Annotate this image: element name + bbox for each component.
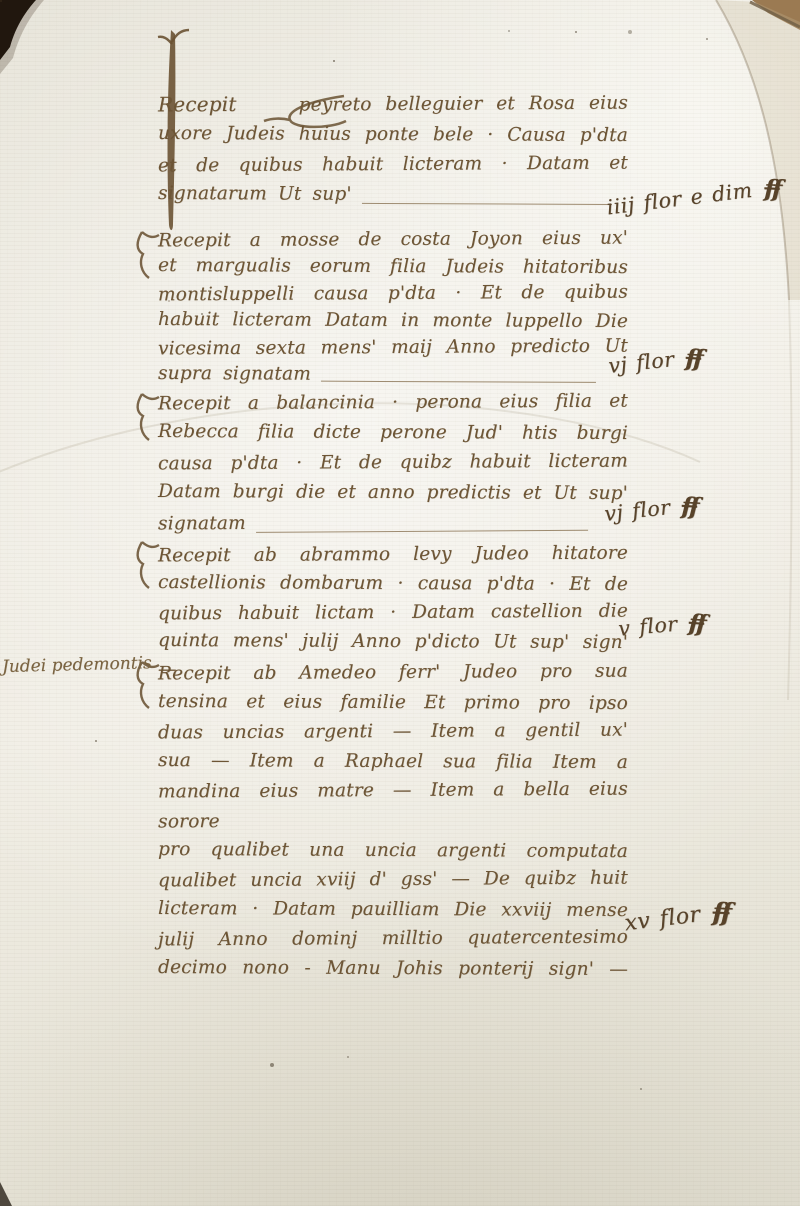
ledger-entry-5: Recepit ab Amedeo ferr' Judeo pro sua te…	[158, 658, 628, 984]
manuscript-line: Recepit ab Amedeo ferr' Judeo pro sua	[158, 657, 628, 689]
line-filler-rule	[321, 381, 596, 383]
manuscript-line: et margualis eorum filia Judeis hitatori…	[158, 252, 628, 281]
manuscript-line: signatam	[158, 507, 628, 540]
paraph-mark: ff	[709, 896, 730, 927]
manuscript-page: Recepit peyreto belleguier et Rosa eius …	[0, 0, 800, 1206]
margin-note: Judei pedemontis	[2, 653, 162, 677]
manuscript-line-text: signatam	[158, 509, 246, 540]
paraph-mark: ff	[761, 174, 780, 203]
entry-paraph	[138, 394, 159, 440]
entry-paraph	[138, 542, 159, 588]
amount-marginal: iiij flor e dim ff	[605, 172, 781, 221]
manuscript-line: duas uncias argenti — Item a gentil ux'	[158, 716, 628, 748]
corner-shadow-bottom	[0, 1182, 12, 1206]
amount-text: vj flor	[607, 347, 675, 378]
manuscript-line: habuit licteram Datam in monte luppello …	[158, 306, 628, 335]
manuscript-line: mandina eius matre — Item a bella eius s…	[158, 775, 628, 837]
amount-marginal: xv flor ff	[623, 894, 731, 937]
paraph-mark: ff	[678, 492, 698, 521]
line-filler-rule	[256, 530, 588, 533]
manuscript-line: castellionis dombarum · causa p'dta · Et…	[158, 568, 628, 599]
ledger-entry-2: Recepit a mosse de costa Joyon eius ux' …	[158, 226, 628, 388]
manuscript-line: montisluppelli causa p'dta · Et de quibu…	[158, 279, 628, 309]
manuscript-line: supra signatam	[158, 360, 628, 389]
manuscript-line: Recepit ab abrammo levy Judeo hitatore	[158, 539, 628, 571]
manuscript-line: sua — Item a Raphael sua filia Item a	[158, 746, 628, 778]
corner-shadow	[0, 0, 36, 60]
ledger-entry-1: Recepit peyreto belleguier et Rosa eius …	[158, 88, 628, 210]
amount-marginal: v flor ff	[617, 606, 706, 641]
paraph-mark: ff	[682, 344, 702, 373]
manuscript-line-text: signatarum Ut sup'	[158, 179, 352, 210]
amount-text: xv flor	[623, 902, 702, 936]
ink-specks	[0, 0, 2, 2]
manuscript-line: julij Anno dominj milltio quatercentesim…	[158, 923, 628, 955]
manuscript-line: quibus habuit lictam · Datam castellion …	[158, 597, 628, 629]
manuscript-line: Recepit a mosse de costa Joyon eius ux'	[158, 225, 628, 255]
manuscript-line: uxore Judeis huius ponte bele · Causa p'…	[158, 119, 628, 151]
manuscript-line-text: supra signatam	[158, 360, 311, 388]
manuscript-line: et de quibus habuit licteram · Datam et	[158, 149, 628, 182]
manuscript-line: Recepit peyreto belleguier et Rosa eius	[158, 87, 628, 122]
manuscript-line: licteram · Datam pauilliam Die xxviij me…	[158, 894, 628, 926]
manuscript-line-text: peyreto belleguier et Rosa eius	[298, 89, 628, 121]
amount-text: vj flor	[603, 495, 671, 526]
manuscript-line: decimo nono - Manu Johis ponterij sign' …	[158, 953, 628, 985]
ledger-entry-3: Recepit a balancinia · perona eius filia…	[158, 388, 628, 538]
manuscript-line: signatarum Ut sup'	[158, 179, 628, 211]
page-edge-crease-lower	[788, 300, 792, 700]
amount-text: v flor	[617, 612, 678, 641]
initial-stroke-fork	[158, 30, 189, 44]
line-filler-rule	[362, 203, 612, 205]
corner-shadow-soft	[0, 0, 44, 74]
entry-opening-word: Recepit	[158, 89, 237, 119]
corner-tan-wedge	[752, 0, 800, 30]
page-edge-shade	[716, 0, 800, 300]
manuscript-line: vicesima sexta mens' maij Anno predicto …	[158, 333, 628, 363]
entry-paraph	[138, 232, 159, 278]
manuscript-line: qualibet uncia xviij d' gss' — De quibz …	[158, 864, 628, 896]
manuscript-line: Datam burgi die et anno predictis et Ut …	[158, 477, 628, 509]
paraph-mark: ff	[685, 608, 705, 637]
manuscript-line: Recepit a balancinia · perona eius filia…	[158, 387, 628, 420]
manuscript-line: pro qualibet una uncia argenti computata	[158, 835, 628, 867]
corner-edge-line	[750, 2, 800, 27]
manuscript-line: tensina et eius familie Et primo pro ips…	[158, 687, 628, 719]
manuscript-line: causa p'dta · Et de quibz habuit lictera…	[158, 447, 628, 480]
manuscript-line: Rebecca filia dicte perone Jud' htis bur…	[158, 417, 628, 449]
page-edge-crease	[716, 0, 789, 300]
